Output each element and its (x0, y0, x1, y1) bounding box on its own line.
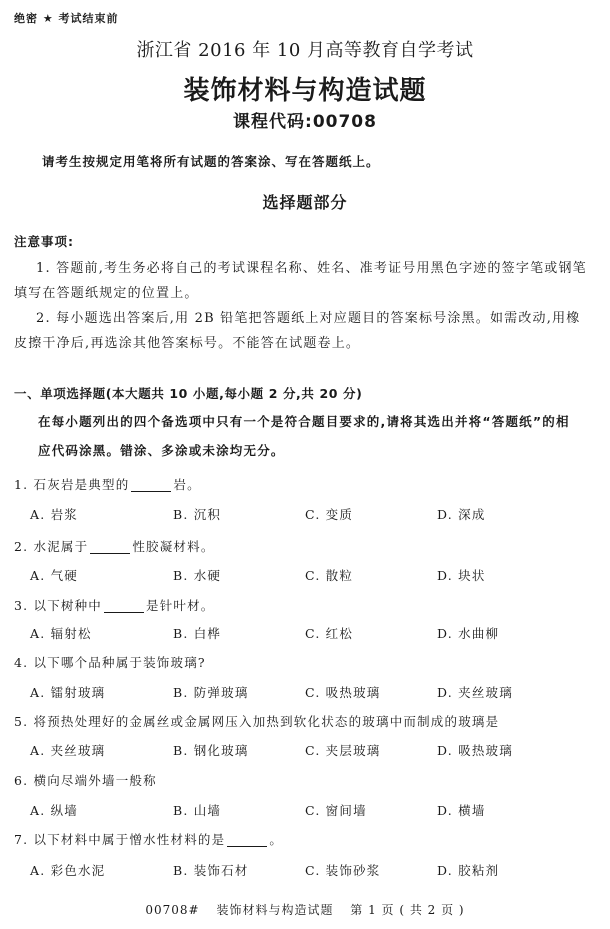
section-intro-line: 在每小题列出的四个备选项中只有一个是符合题目要求的,请将其选出并将“答题纸”的相 (38, 412, 570, 430)
option-c: C. 变质 (305, 505, 353, 523)
option-c: C. 散粒 (305, 566, 353, 584)
page-footer: 00708# 装饰材料与构造试题 第 1 页 ( 共 2 页 ) (0, 901, 610, 918)
option-b: B. 防弹玻璃 (173, 683, 249, 701)
option-d: D. 水曲柳 (437, 624, 499, 642)
subject-title: 装饰材料与构造试题 (0, 70, 610, 107)
question-3: 3. 以下树种中是针叶材。 (14, 596, 215, 614)
option-d: D. 深成 (437, 505, 486, 523)
note-line: 2. 每小题选出答案后,用 2B 铅笔把答题纸上对应题目的答案标号涂黑。如需改动… (36, 307, 581, 326)
part-title: 选择题部分 (0, 190, 610, 213)
question-text: 4. 以下哪个品种属于装饰玻璃? (14, 655, 206, 670)
question-6: 6. 横向尽端外墙一般称 (14, 771, 157, 789)
notes-heading: 注意事项: (14, 232, 74, 250)
option-c: C. 夹层玻璃 (305, 741, 380, 759)
note-line: 1. 答题前,考生务必将自己的考试课程名称、姓名、准考证号用黑色字迹的签字笔或钢… (36, 257, 587, 276)
option-a: A. 辐射松 (30, 624, 92, 642)
option-d: D. 夹丝玻璃 (437, 683, 513, 701)
note-line: 皮擦干净后,再选涂其他答案标号。不能答在试题卷上。 (14, 332, 360, 351)
option-d: D. 胶粘剂 (437, 861, 499, 879)
question-2: 2. 水泥属于性胶凝材料。 (14, 537, 215, 555)
option-a: A. 镭射玻璃 (30, 683, 105, 701)
question-text: 6. 横向尽端外墙一般称 (14, 773, 157, 788)
footer-title: 装饰材料与构造试题 (216, 903, 333, 917)
option-d: D. 块状 (437, 566, 486, 584)
answer-blank (227, 832, 267, 847)
option-c: C. 吸热玻璃 (305, 683, 380, 701)
option-c: C. 窗间墙 (305, 801, 367, 819)
answer-blank (90, 539, 130, 554)
option-c: C. 装饰砂浆 (305, 861, 380, 879)
question-5: 5. 将预热处理好的金属丝或金属网压入加热到软化状态的玻璃中而制成的玻璃是 (14, 712, 499, 730)
option-b: B. 水硬 (173, 566, 221, 584)
answer-blank (131, 477, 171, 492)
question-text: 3. 以下树种中 (14, 598, 102, 613)
option-a: A. 彩色水泥 (30, 861, 105, 879)
option-a: A. 岩浆 (30, 505, 78, 523)
option-c: C. 红松 (305, 624, 353, 642)
question-7: 7. 以下材料中属于憎水性材料的是。 (14, 830, 283, 848)
option-b: B. 沉积 (173, 505, 221, 523)
option-a: A. 纵墙 (30, 801, 78, 819)
option-d: D. 横墙 (437, 801, 486, 819)
course-code: 课程代码:00708 (0, 107, 610, 132)
answer-instruction: 请考生按规定用笔将所有试题的答案涂、写在答题纸上。 (42, 152, 380, 170)
question-text: 5. 将预热处理好的金属丝或金属网压入加热到软化状态的玻璃中而制成的玻璃是 (14, 714, 499, 729)
confidential-label: 绝密 ★ 考试结束前 (14, 10, 119, 26)
option-b: B. 白桦 (173, 624, 221, 642)
section-intro-line: 应代码涂黑。错涂、多涂或未涂均无分。 (38, 441, 285, 459)
question-text-end: 性胶凝材料。 (132, 539, 214, 554)
section-heading: 一、单项选择题(本大题共 10 小题,每小题 2 分,共 20 分) (14, 384, 362, 402)
footer-code: 00708# (145, 903, 199, 917)
question-4: 4. 以下哪个品种属于装饰玻璃? (14, 653, 206, 671)
option-b: B. 山墙 (173, 801, 221, 819)
option-a: A. 夹丝玻璃 (30, 741, 105, 759)
option-d: D. 吸热玻璃 (437, 741, 513, 759)
question-text: 1. 石灰岩是典型的 (14, 477, 129, 492)
question-text-end: 是针叶材。 (146, 598, 215, 613)
exam-title: 浙江省 2016 年 10 月高等教育自学考试 (0, 36, 610, 62)
question-text: 7. 以下材料中属于憎水性材料的是 (14, 832, 225, 847)
answer-blank (104, 598, 144, 613)
note-line: 填写在答题纸规定的位置上。 (14, 282, 199, 301)
question-text-end: 。 (269, 832, 283, 847)
option-b: B. 钢化玻璃 (173, 741, 249, 759)
question-text: 2. 水泥属于 (14, 539, 88, 554)
option-a: A. 气硬 (30, 566, 78, 584)
question-text-end: 岩。 (173, 477, 200, 492)
option-b: B. 装饰石材 (173, 861, 249, 879)
page-number: 第 1 页 ( 共 2 页 ) (350, 903, 464, 917)
question-1: 1. 石灰岩是典型的岩。 (14, 475, 201, 493)
